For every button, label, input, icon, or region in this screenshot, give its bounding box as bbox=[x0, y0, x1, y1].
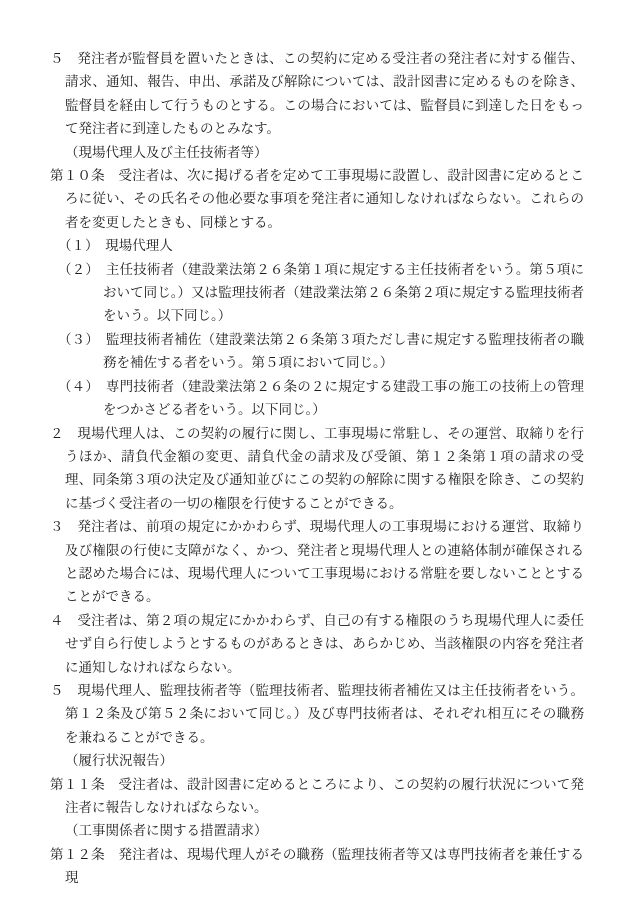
article-item: （１） 現場代理人 bbox=[50, 234, 584, 257]
article-clause: 第１１条 受注者は、設計図書に定めるところにより、この契約の履行状況について発注… bbox=[50, 773, 584, 820]
article-caption: （履行状況報告） bbox=[50, 749, 584, 772]
article-clause: 第１０条 受注者は、次に掲げる者を定めて工事現場に設置し、設計図書に定めるところ… bbox=[50, 164, 584, 234]
article-caption: （現場代理人及び主任技術者等） bbox=[50, 141, 584, 164]
article-paragraph: ３ 発注者は、前項の規定にかかわらず、現場代理人の工事現場における運営、取締り及… bbox=[50, 515, 584, 609]
article-paragraph: ５ 現場代理人、監理技術者等（監理技術者、監理技術者補佐又は主任技術者をいう。第… bbox=[50, 679, 584, 749]
document-page: ５ 発注者が監督員を置いたときは、この契約に定める受注者の発注者に対する催告、請… bbox=[0, 0, 630, 903]
article-paragraph: ５ 発注者が監督員を置いたときは、この契約に定める受注者の発注者に対する催告、請… bbox=[50, 47, 584, 141]
document-body: ５ 発注者が監督員を置いたときは、この契約に定める受注者の発注者に対する催告、請… bbox=[50, 47, 584, 890]
article-caption: （工事関係者に関する措置請求） bbox=[50, 819, 584, 842]
article-paragraph: ２ 現場代理人は、この契約の履行に関し、工事現場に常駐し、その運営、取締りを行う… bbox=[50, 422, 584, 516]
article-item: （２） 主任技術者（建設業法第２６条第１項に規定する主任技術者をいう。第５項にお… bbox=[50, 258, 584, 328]
article-clause: 第１２条 発注者は、現場代理人がその職務（監理技術者等又は専門技術者を兼任する現 bbox=[50, 843, 584, 890]
article-paragraph: ４ 受注者は、第２項の規定にかかわらず、自己の有する権限のうち現場代理人に委任せ… bbox=[50, 609, 584, 679]
article-item: （４） 専門技術者（建設業法第２６条の２に規定する建設工事の施工の技術上の管理を… bbox=[50, 375, 584, 422]
article-item: （３） 監理技術者補佐（建設業法第２６条第３項ただし書に規定する監理技術者の職務… bbox=[50, 328, 584, 375]
